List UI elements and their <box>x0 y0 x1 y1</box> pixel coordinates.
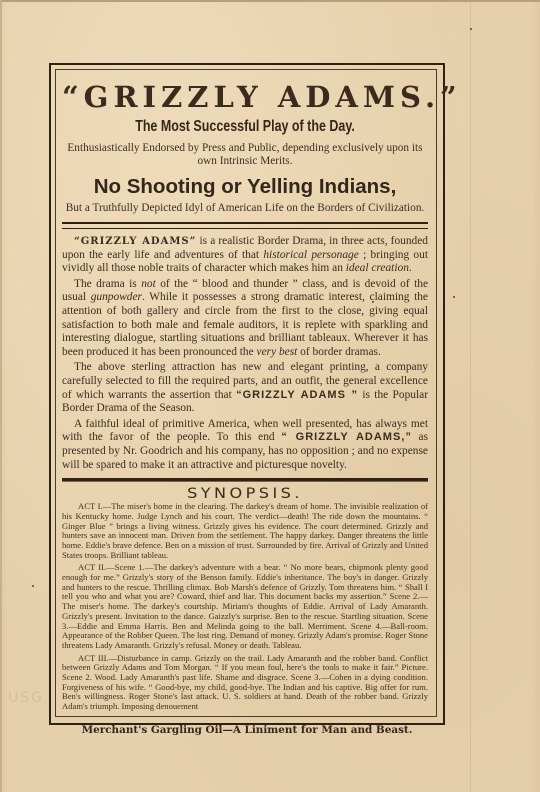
text: of border dramas. <box>297 346 381 358</box>
playbill-content: “GRIZZLY ADAMS.” The Most Successful Pla… <box>62 72 428 715</box>
play-name-emphasis: “GRIZZLY ADAMS ” <box>236 389 358 401</box>
section-divider-top <box>62 222 428 229</box>
play-name-emphasis: “ GRIZZLY ADAMS,” <box>281 431 412 443</box>
section-divider-synopsis <box>62 478 428 482</box>
paragraph-4: A faithful ideal of primitive America, w… <box>62 418 428 472</box>
text: The drama is <box>74 278 141 290</box>
page-top-edge <box>0 0 540 2</box>
paragraph-2: The drama is not of the “ blood and thun… <box>62 278 428 360</box>
endorsement-line: Enthusiastically Endorsed by Press and P… <box>62 142 428 168</box>
italic-text: not <box>141 278 156 290</box>
synopsis-act-3: ACT III.—Disturbance in camp. Grizzly on… <box>62 654 428 712</box>
paper-fold-line <box>470 0 471 792</box>
italic-text: ideal creation <box>346 262 409 274</box>
paper-speck <box>470 28 472 30</box>
play-title: “GRIZZLY ADAMS.” <box>62 80 428 114</box>
synopsis-act-2: ACT II.—Scene 1.—The darkey's adventure … <box>62 563 428 650</box>
headline: No Shooting or Yelling Indians, <box>62 174 428 200</box>
synopsis-act-1: ACT I.—The miser's home in the clearing.… <box>62 502 428 560</box>
italic-text: historical personage <box>263 249 358 261</box>
page-left-edge <box>0 0 2 792</box>
play-subtitle: The Most Successful Play of the Day. <box>102 116 387 138</box>
paper-speck <box>32 585 34 587</box>
paper-speck <box>372 301 374 303</box>
synopsis-heading: SYNOPSIS. <box>35 486 456 502</box>
text: . <box>409 262 412 274</box>
tagline: But a Truthfully Depicted Idyl of Americ… <box>62 202 428 215</box>
synopsis-body: ACT I.—The miser's home in the clearing.… <box>62 502 428 712</box>
paragraph-3: The above sterling attraction has new an… <box>62 361 428 415</box>
italic-text: very best <box>257 346 298 358</box>
watermark: USG <box>8 690 44 706</box>
description-body: “GRIZZLY ADAMS” is a realistic Border Dr… <box>62 235 428 472</box>
paper-speck <box>453 296 455 298</box>
play-name-lead: “GRIZZLY ADAMS” <box>74 236 196 247</box>
advertisement-footer: Merchant's Gargling Oil—A Liniment for M… <box>49 724 445 736</box>
italic-text: gunpowder <box>91 291 142 303</box>
paragraph-1: “GRIZZLY ADAMS” is a realistic Border Dr… <box>62 235 428 276</box>
